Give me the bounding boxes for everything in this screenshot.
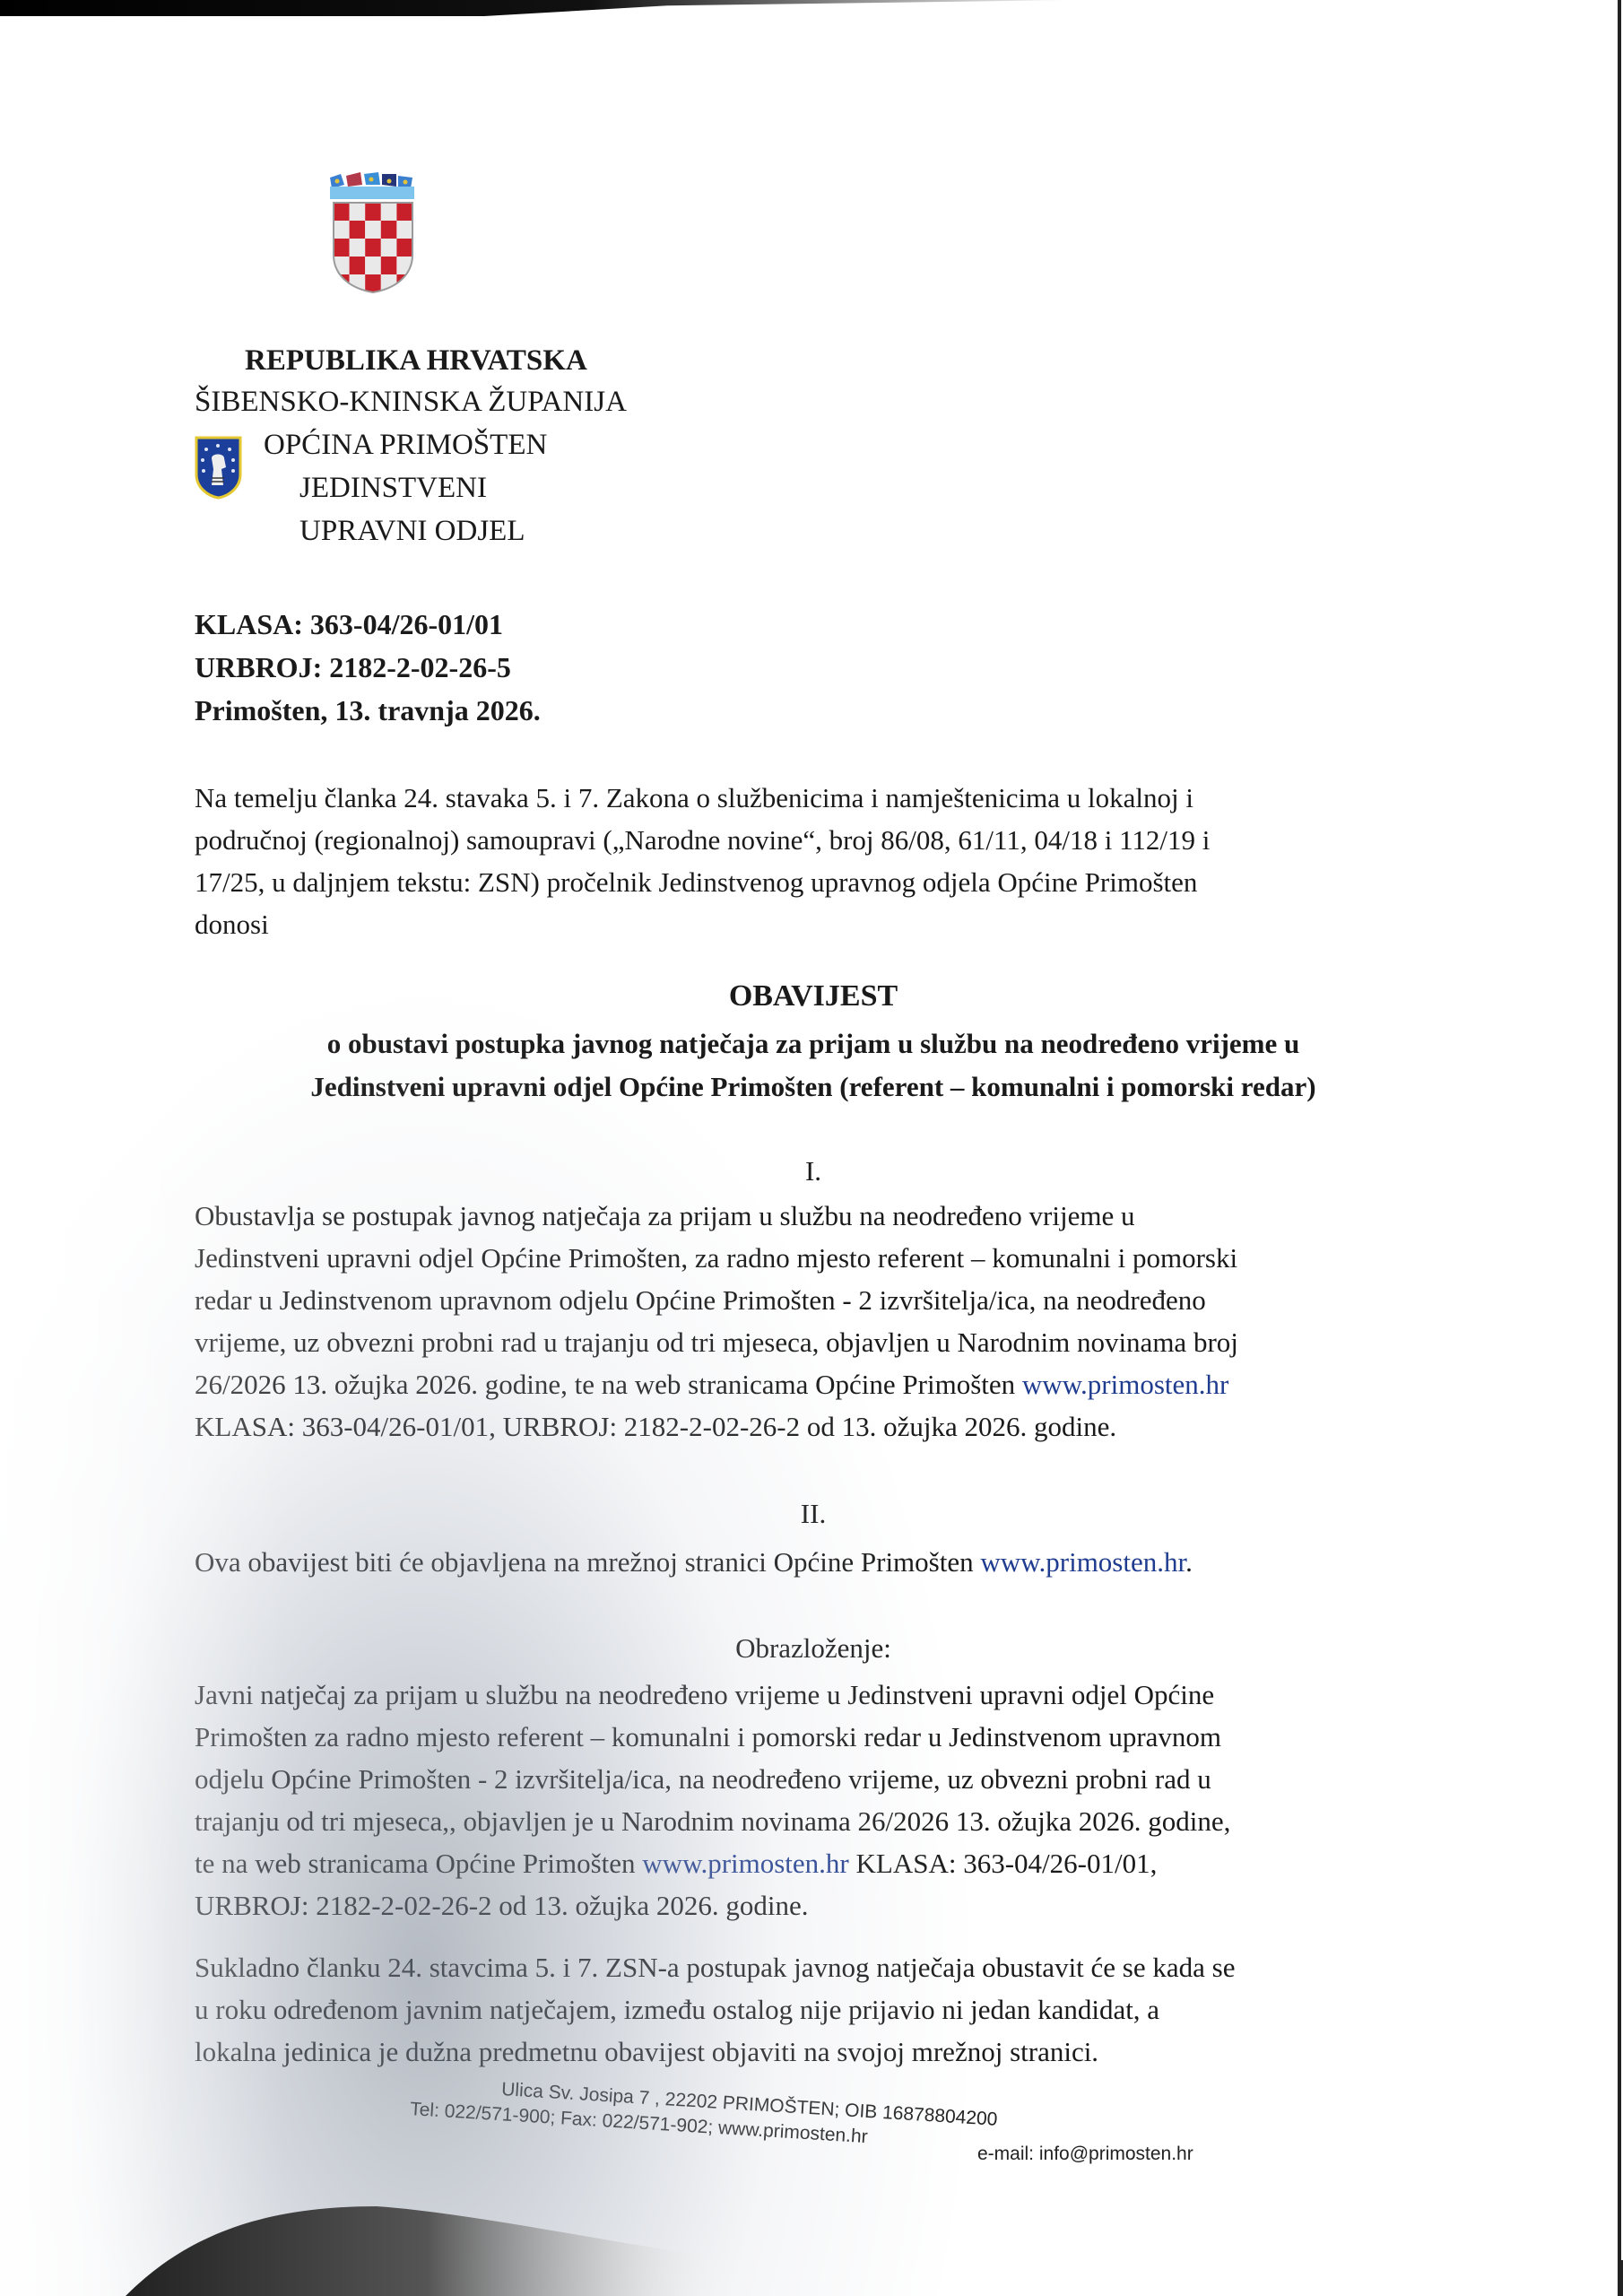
reasoning-line: trajanju od tri mjeseca,, objavljen je u… — [195, 1800, 1432, 1842]
notice-subtitle-line2: Jedinstveni upravni odjel Općine Primošt… — [195, 1065, 1432, 1108]
reasoning-line: lokalna jedinica je dužna predmetnu obav… — [195, 2031, 1432, 2073]
reasoning-line: Primošten za radno mjesto referent – kom… — [195, 1716, 1432, 1758]
footer-email: e-mail: info@primosten.hr — [977, 2144, 1193, 2165]
header-country: REPUBLIKA HRVATSKA — [245, 339, 587, 382]
reasoning-paragraph: Javni natječaj za prijam u službu na neo… — [195, 1674, 1432, 1926]
reasoning-line: URBROJ: 2182-2-02-26-2 od 13. ožujka 202… — [195, 1884, 1432, 1926]
section-1-line: Obustavlja se postupak javnog natječaja … — [195, 1195, 1432, 1237]
reasoning-line5-text: te na web stranicama Općine Primošten — [195, 1848, 642, 1879]
website-link[interactable]: www.primosten.hr — [980, 1546, 1185, 1578]
reasoning-paragraph-2: Sukladno članku 24. stavcima 5. i 7. ZSN… — [195, 1946, 1432, 2073]
section-1-line: redar u Jedinstvenom upravnom odjelu Opć… — [195, 1279, 1432, 1321]
section-1-line: vrijeme, uz obvezni probni rad u trajanj… — [195, 1321, 1432, 1363]
croatian-coat-of-arms-icon — [325, 172, 421, 294]
header-county: ŠIBENSKO-KNINSKA ŽUPANIJA — [195, 380, 627, 423]
reasoning-line: Sukladno članku 24. stavcima 5. i 7. ZSN… — [195, 1946, 1432, 1988]
intro-line: Na temelju članka 24. stavaka 5. i 7. Za… — [195, 777, 1432, 819]
reasoning-line: u roku određenom javnim natječajem, izme… — [195, 1988, 1432, 2031]
header-department-line1: JEDINSTVENI — [299, 466, 487, 509]
section-2-paragraph: Ova obavijest biti će objavljena na mrež… — [195, 1541, 1432, 1583]
website-link[interactable]: www.primosten.hr — [642, 1848, 848, 1879]
reasoning-line5-suffix: KLASA: 363-04/26-01/01, — [849, 1848, 1158, 1879]
section-2-suffix: . — [1185, 1546, 1193, 1578]
reasoning-line: te na web stranicama Općine Primošten ww… — [195, 1842, 1432, 1884]
urbroj: URBROJ: 2182-2-02-26-5 — [195, 646, 541, 689]
section-1-line: Jedinstveni upravni odjel Općine Primošt… — [195, 1237, 1432, 1279]
primosten-crest-icon — [194, 435, 243, 500]
scan-edge-top — [0, 0, 1076, 16]
place-date: Primošten, 13. travnja 2026. — [195, 689, 541, 732]
section-1-line: 26/2026 13. ožujka 2026. godine, te na w… — [195, 1363, 1432, 1405]
reasoning-line: odjelu Općine Primošten - 2 izvršitelja/… — [195, 1758, 1432, 1800]
document-meta: KLASA: 363-04/26-01/01 URBROJ: 2182-2-02… — [195, 603, 541, 732]
intro-line: područnoj (regionalnoj) samoupravi („Nar… — [195, 819, 1432, 861]
section-2-text: Ova obavijest biti će objavljena na mrež… — [195, 1546, 980, 1578]
klasa: KLASA: 363-04/26-01/01 — [195, 603, 541, 646]
reasoning-line: Javni natječaj za prijam u službu na neo… — [195, 1674, 1432, 1716]
intro-line: 17/25, u daljnjem tekstu: ZSN) pročelnik… — [195, 861, 1432, 903]
section-1-paragraph: Obustavlja se postupak javnog natječaja … — [195, 1195, 1432, 1448]
section-1-line5-text: 26/2026 13. ožujka 2026. godine, te na w… — [195, 1369, 1022, 1400]
reasoning-heading: Obrazloženje: — [195, 1632, 1432, 1665]
scan-edge-right — [1618, 0, 1621, 2296]
section-1-line: KLASA: 363-04/26-01/01, URBROJ: 2182-2-0… — [195, 1405, 1432, 1448]
header-municipality: OPĆINA PRIMOŠTEN — [264, 423, 547, 466]
notice-title: OBAVIJEST — [195, 979, 1432, 1013]
section-1-numeral: I. — [195, 1155, 1432, 1187]
website-link[interactable]: www.primosten.hr — [1022, 1369, 1228, 1400]
notice-subtitle-line1: o obustavi postupka javnog natječaja za … — [195, 1022, 1432, 1065]
section-2-numeral: II. — [195, 1498, 1432, 1530]
intro-line: donosi — [195, 903, 1432, 945]
intro-paragraph: Na temelju članka 24. stavaka 5. i 7. Za… — [195, 777, 1432, 945]
header-department-line2: UPRAVNI ODJEL — [299, 509, 525, 552]
scan-fold-bottom — [0, 2206, 1623, 2296]
